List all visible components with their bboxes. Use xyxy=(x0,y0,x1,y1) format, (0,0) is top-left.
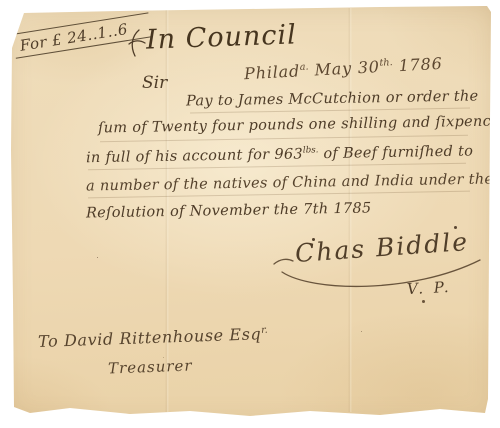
signature-title-vp: V. P. xyxy=(407,278,452,298)
dateline-day-sup: th. xyxy=(379,57,393,69)
addressee-esq-sup: r. xyxy=(261,325,268,336)
pen-flourish-icon xyxy=(126,28,148,60)
photo-background: For £ 24..1..6 In Council Philada. May 3… xyxy=(0,0,500,428)
paper-foxing-specks xyxy=(312,238,315,241)
body-line-3-rest: of Beef furniſhed to xyxy=(318,143,473,162)
dateline-year: 1786 xyxy=(392,54,443,76)
heading-in-council: In Council xyxy=(146,19,298,55)
addressee-title-treasurer: Treasurer xyxy=(108,357,193,378)
manuscript-paper: For £ 24..1..6 In Council Philada. May 3… xyxy=(0,0,500,428)
body-line-3-text: in full of his account for 963 xyxy=(86,146,303,166)
addressee-name: To David Rittenhouse Esq xyxy=(38,324,262,351)
dateline-place: Philad xyxy=(244,61,301,83)
body-line-1: Pay to James McCutchion or order the xyxy=(186,88,479,109)
addressee-line: To David Rittenhouse Esqr. xyxy=(38,324,268,351)
baseline-rule xyxy=(100,135,468,142)
salutation: Sir xyxy=(142,73,167,93)
body-line-5: Reſolution of November the 7th 1785 xyxy=(86,201,372,222)
docket-amount-label: For £ 24..1..6 xyxy=(19,20,130,55)
dateline: Philada. May 30th. 1786 xyxy=(244,54,443,83)
dateline-day: May 30 xyxy=(308,57,380,80)
body-line-2: ſum of Twenty four pounds one shilling a… xyxy=(98,113,500,136)
body-line-3-unit-sup: lbs. xyxy=(303,145,319,155)
